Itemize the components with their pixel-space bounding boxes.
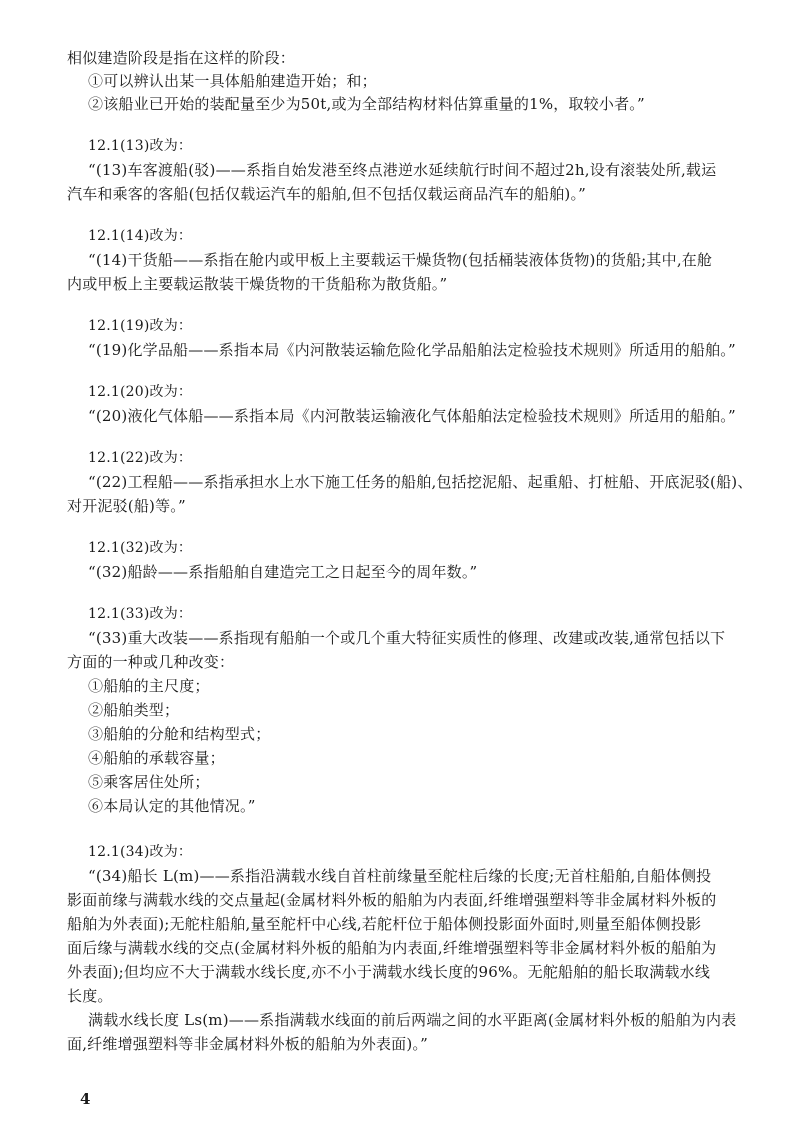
section-heading-13: 12.1(13)改为： xyxy=(88,136,192,156)
section-19-line-1: “(19)化学品船——系指本局《内河散装运输危险化学品船舶法定检验技术规则》所适… xyxy=(88,340,736,360)
section-34-line-3: 船舶为外表面);无舵柱船舶,量至舵杆中心线,若舵杆位于船体侧投影面外面时,则量至… xyxy=(67,914,701,934)
section-33-item-4: ④船舶的承载容量； xyxy=(88,748,225,768)
intro-item-2: ②该船业已开始的装配量至少为50t,或为全部结构材料估算重量的1%，取较小者。” xyxy=(88,94,645,114)
section-34-line-7: 满载水线长度 Ls(m)——系指满载水线面的前后两端之间的水平距离(金属材料外板… xyxy=(88,1010,736,1030)
page-number: 4 xyxy=(80,1090,90,1108)
section-33-item-5: ⑤乘客居住处所； xyxy=(88,772,210,792)
section-32-line-1: “(32)船龄——系指船舶自建造完工之日起至今的周年数。” xyxy=(88,562,477,582)
section-20-line-1: “(20)液化气体船——系指本局《内河散装运输液化气体船舶法定检验技术规则》所适… xyxy=(88,406,736,426)
section-33-item-3: ③船舶的分舱和结构型式； xyxy=(88,724,270,744)
section-34-line-1: “(34)船长 L(m)——系指沿满载水线自首柱前缘量至舵柱后缘的长度;无首柱船… xyxy=(88,866,711,886)
section-34-line-8: 面,纤维增强塑料等非金属材料外板的船舶为外表面)。” xyxy=(67,1034,428,1054)
section-heading-19: 12.1(19)改为： xyxy=(88,316,192,336)
section-heading-22: 12.1(22)改为： xyxy=(88,448,192,468)
section-33-item-2: ②船舶类型； xyxy=(88,700,179,720)
intro-item-1: ①可以辨认出某一具体船舶建造开始；和； xyxy=(88,71,377,91)
section-13-line-2: 汽车和乘客的客船(包括仅载运汽车的船舶,但不包括仅载运商品汽车的船舶)。” xyxy=(67,184,586,204)
section-33-item-6: ⑥本局认定的其他情况。” xyxy=(88,796,256,816)
section-34-line-5: 外表面);但均应不大于满载水线长度,亦不小于满载水线长度的96%。无舵船舶的船长… xyxy=(67,962,710,982)
section-22-line-1: “(22)工程船——系指承担水上水下施工任务的船舶,包括挖泥船、起重船、打桩船、… xyxy=(88,472,753,492)
section-heading-33: 12.1(33)改为： xyxy=(88,604,192,624)
section-33-line-1: “(33)重大改装——系指现有船舶一个或几个重大特征实质性的修理、改建或改装,通… xyxy=(88,628,725,648)
section-heading-34: 12.1(34)改为： xyxy=(88,842,192,862)
document-page: 相似建造阶段是指在这样的阶段： ①可以辨认出某一具体船舶建造开始；和； ②该船业… xyxy=(0,0,790,1140)
section-14-line-2: 内或甲板上主要载运散装干燥货物的干货船称为散货船。” xyxy=(67,274,447,294)
intro-title: 相似建造阶段是指在这样的阶段： xyxy=(67,48,295,68)
section-34-line-6: 长度。 xyxy=(67,986,113,1006)
section-33-line-2: 方面的一种或几种改变： xyxy=(67,652,234,672)
section-14-line-1: “(14)干货船——系指在舱内或甲板上主要载运干燥货物(包括桶装液体货物)的货船… xyxy=(88,250,712,270)
section-heading-20: 12.1(20)改为： xyxy=(88,382,192,402)
section-22-line-2: 对开泥驳(船)等。” xyxy=(67,496,186,516)
section-heading-32: 12.1(32)改为： xyxy=(88,538,192,558)
section-34-line-2: 影面前缘与满载水线的交点量起(金属材料外板的船舶为内表面,纤维增强塑料等非金属材… xyxy=(67,890,716,910)
section-heading-14: 12.1(14)改为： xyxy=(88,226,192,246)
section-33-item-1: ①船舶的主尺度； xyxy=(88,676,210,696)
section-13-line-1: “(13)车客渡船(驳)——系指自始发港至终点港逆水延续航行时间不超过2h,设有… xyxy=(88,160,716,180)
section-34-line-4: 面后缘与满载水线的交点(金属材料外板的船舶为内表面,纤维增强塑料等非金属材料外板… xyxy=(67,938,716,958)
